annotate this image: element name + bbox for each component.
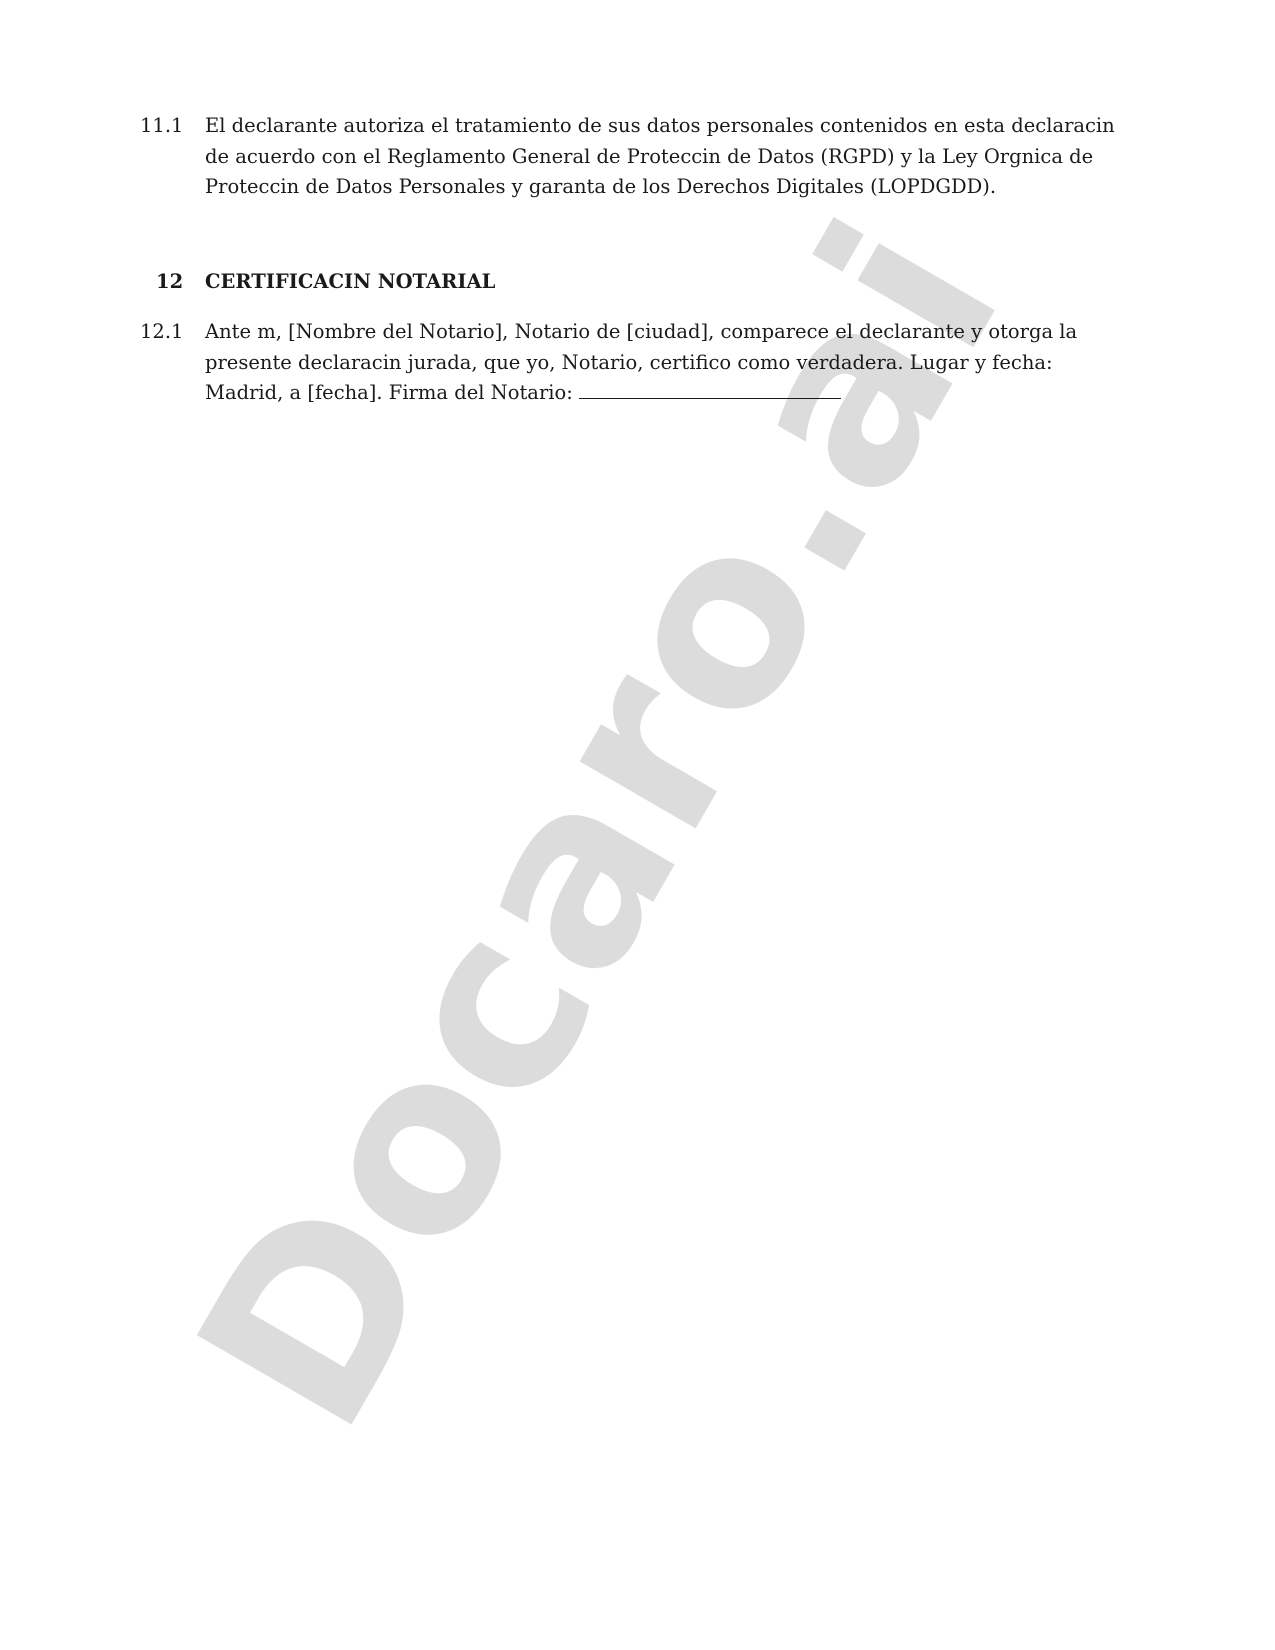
clause-text-wrapper: Ante m, [Nombre del Notario], Notario de…: [205, 317, 1130, 409]
signature-line: [579, 378, 841, 399]
clause-11-1: 11.1 El declarante autoriza el tratamien…: [140, 111, 1130, 203]
clause-number: 11.1: [140, 111, 200, 142]
section-title: CERTIFICACIN NOTARIAL: [205, 270, 495, 293]
clause-text: El declarante autoriza el tratamiento de…: [205, 111, 1130, 203]
clause-12-1: 12.1 Ante m, [Nombre del Notario], Notar…: [140, 317, 1130, 409]
document-page: Docaro.ai 11.1 El declarante autoriza el…: [0, 0, 1275, 1650]
section-number: 12: [156, 270, 196, 293]
clause-number: 12.1: [140, 317, 200, 348]
